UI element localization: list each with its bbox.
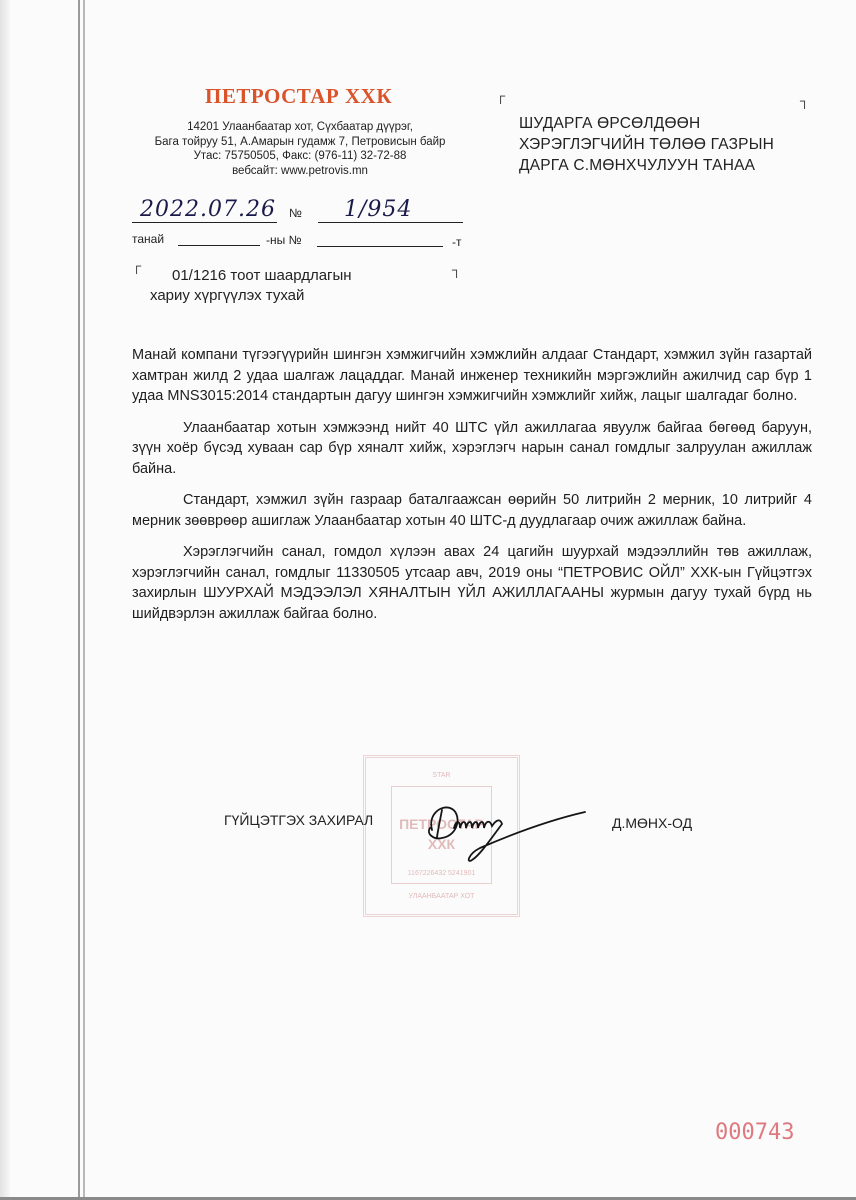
recipient-corner-right: ┐ xyxy=(800,93,809,108)
signatory-title: ГҮЙЦЭТГЭХ ЗАХИРАЛ xyxy=(224,812,373,828)
address-line-2: Бага тойруу 51, А.Амарын гудамж 7, Петро… xyxy=(130,135,470,150)
your-label: танай xyxy=(132,232,164,246)
your-number-underline xyxy=(317,246,443,247)
body-paragraph: Улаанбаатар хотын хэмжээнд нийт 40 ШТС ү… xyxy=(132,418,812,480)
recipient-line: ШУДАРГА ӨРСӨЛДӨӨН xyxy=(519,113,774,134)
of-number-label: -ны № xyxy=(266,233,301,247)
website: вебсайт: www.petrovis.mn xyxy=(130,164,470,179)
serial-number: 000743 xyxy=(715,1120,794,1145)
stamp-bottom-text: УЛААНБААТАР ХОТ xyxy=(366,893,517,900)
number-underline xyxy=(318,222,463,223)
subject-line-2: хариу хүргүүлэх тухай xyxy=(150,287,304,304)
subject-line-1: 01/1216 тоот шаардлагын xyxy=(150,266,352,286)
body-paragraph: Стандарт, хэмжил зүйн газраар баталгаажс… xyxy=(132,490,812,531)
recipient-block: ШУДАРГА ӨРСӨЛДӨӨН ХЭРЭГЛЭГЧИЙН ТӨЛӨӨ ГАЗ… xyxy=(519,113,774,176)
scan-edge-shadow xyxy=(0,0,10,1200)
date-underline xyxy=(132,222,277,223)
stamp-top-text: STAR xyxy=(366,772,517,779)
address-line-1: 14201 Улаанбаатар хот, Сүхбаатар дүүрэг, xyxy=(130,120,470,135)
subject-corner-right: ┐ xyxy=(452,262,461,277)
number-label: № xyxy=(289,206,302,220)
page-fold-line xyxy=(78,0,80,1200)
phone-fax: Утас: 75750505, Факс: (976-11) 32-72-88 xyxy=(130,149,470,164)
body-paragraph: Хэрэглэгчийн санал, гомдол хүлээн авах 2… xyxy=(132,542,812,624)
page-fold-line-secondary xyxy=(83,0,85,1200)
handwritten-signature xyxy=(420,790,600,870)
recipient-line: ХЭРЭГЛЭГЧИЙН ТӨЛӨӨ ГАЗРЫН xyxy=(519,134,774,155)
subject-corner-left: ┌ xyxy=(132,258,141,273)
recipient-line: ДАРГА С.МӨНХЧУЛУУН ТАНАА xyxy=(519,155,774,176)
date-number-row: 2022.07.26 № 1/954 xyxy=(132,197,464,225)
subject-block: 01/1216 тоот шаардлагын хариу хүргүүлэх … xyxy=(150,266,352,306)
stamp-codes: 1167226432 5241901 xyxy=(366,870,517,877)
signatory-name: Д.МӨНХ-ОД xyxy=(612,815,692,831)
your-reference-row: танай -ны № -т xyxy=(132,232,467,252)
company-contact-block: 14201 Улаанбаатар хот, Сүхбаатар дүүрэг,… xyxy=(130,120,470,178)
company-name: ПЕТРОСТАР ХХК xyxy=(205,84,392,109)
handwritten-date: 2022.07.26 xyxy=(140,197,276,222)
body-paragraph: Манай компани түгээгүүрийн шингэн хэмжиг… xyxy=(132,345,812,407)
letter-body: Манай компани түгээгүүрийн шингэн хэмжиг… xyxy=(132,345,812,635)
recipient-corner-left: ┌ xyxy=(496,88,505,103)
suffix-label: -т xyxy=(452,235,462,249)
your-date-underline xyxy=(178,245,260,246)
handwritten-number: 1/954 xyxy=(344,197,412,222)
